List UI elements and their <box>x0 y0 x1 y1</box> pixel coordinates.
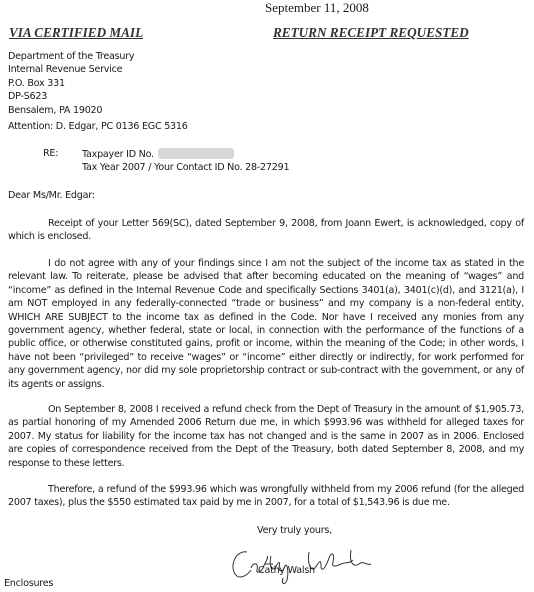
paragraph-refund-due: Therefore, a refund of the $993.96 which… <box>8 483 524 510</box>
handwritten-signature <box>225 538 385 588</box>
closing: Very truly yours, <box>257 525 332 536</box>
redacted-taxpayer-id <box>158 148 234 159</box>
address-line: DP-S623 <box>8 90 134 103</box>
paragraph-receipt: Receipt of your Letter 569(SC), dated Se… <box>8 217 524 244</box>
enclosures-note: Enclosures <box>4 578 53 589</box>
letter-page: September 11, 2008 VIA CERTIFIED MAIL RE… <box>0 0 534 592</box>
taxpayer-id-line: Taxpayer ID No. <box>82 148 289 161</box>
taxpayer-id-label: Taxpayer ID No. <box>82 149 154 160</box>
letter-date: September 11, 2008 <box>265 0 369 16</box>
signer-name: Cathy Walsh <box>258 565 315 576</box>
re-block: Taxpayer ID No. Tax Year 2007 / Your Con… <box>82 148 289 175</box>
recipient-address: Department of the Treasury Internal Reve… <box>8 50 134 117</box>
return-receipt-notice: RETURN RECEIPT REQUESTED <box>273 25 469 41</box>
paragraph-refund-check: On September 8, 2008 I received a refund… <box>8 403 524 470</box>
salutation: Dear Ms/Mr. Edgar: <box>8 190 95 201</box>
address-line: Bensalem, PA 19020 <box>8 104 134 117</box>
paragraph-disagreement: I do not agree with any of your findings… <box>8 257 524 391</box>
attention-line: Attention: D. Edgar, PC 0136 EGC 5316 <box>8 121 188 132</box>
address-line: P.O. Box 331 <box>8 77 134 90</box>
contact-id-line: Tax Year 2007 / Your Contact ID No. 28-2… <box>82 161 289 174</box>
address-line: Department of the Treasury <box>8 50 134 63</box>
address-line: Internal Revenue Service <box>8 63 134 76</box>
delivery-method: VIA CERTIFIED MAIL <box>9 25 143 41</box>
re-label: RE: <box>43 148 58 159</box>
